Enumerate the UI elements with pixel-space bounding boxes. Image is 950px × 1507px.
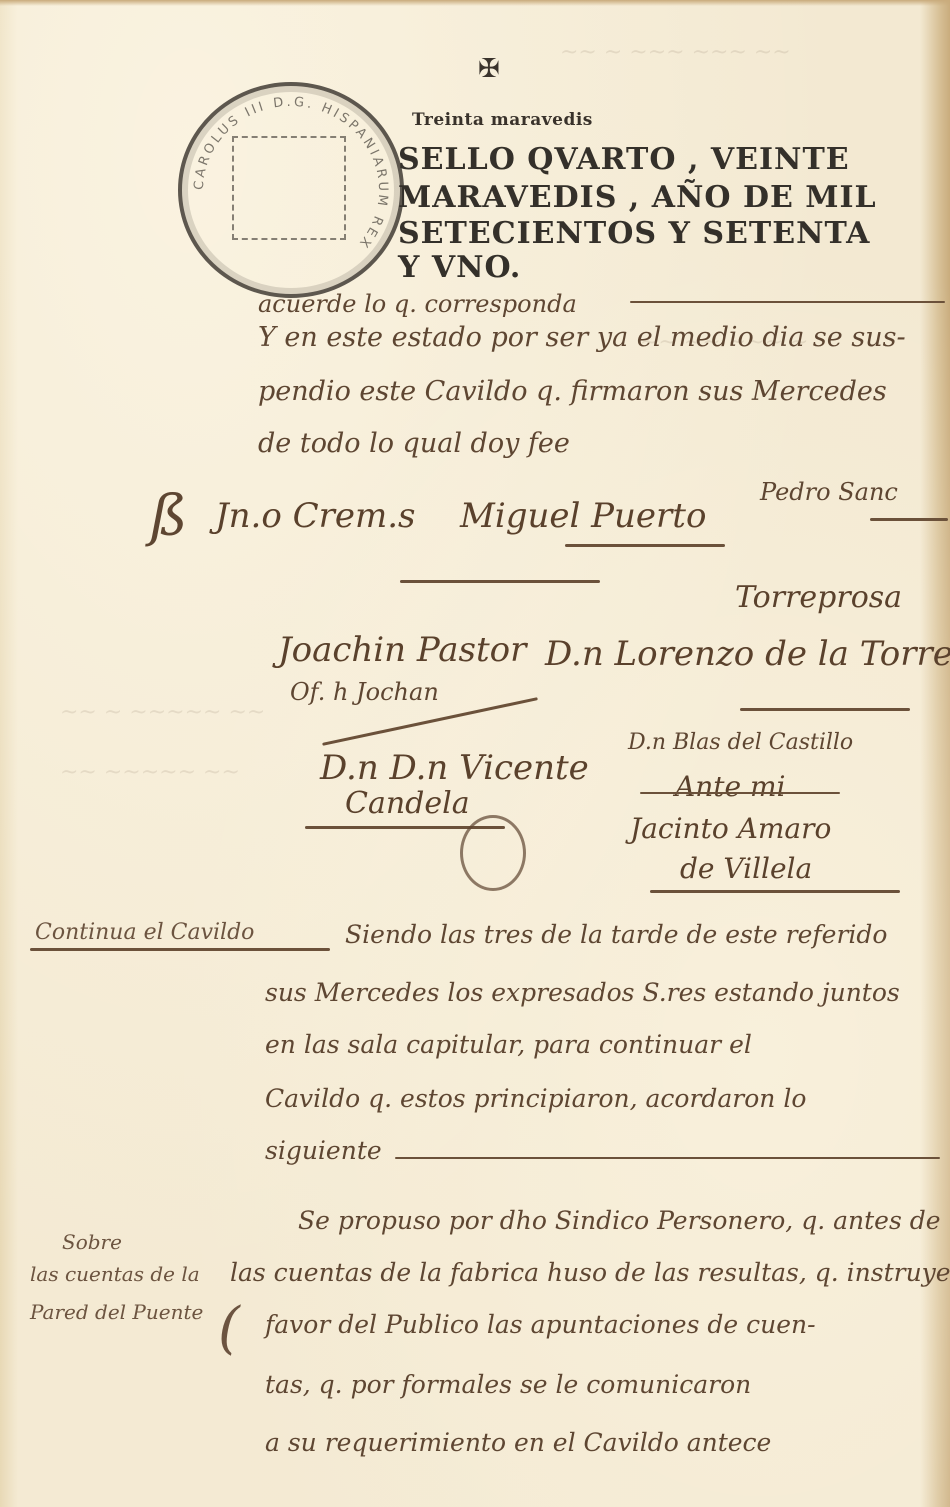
margin-note: Pared del Puente <box>30 1300 203 1324</box>
signature: Torreprosa <box>735 580 902 615</box>
text-line: en las sala capitular, para continuar el <box>265 1030 752 1059</box>
text-line: sus Mercedes los expresados S.res estand… <box>265 978 900 1007</box>
text-line: siguiente <box>265 1136 382 1165</box>
signature: D.n Blas del Castillo <box>628 730 853 755</box>
signature: de Villela <box>680 852 812 885</box>
signature: Of. h Jochan <box>290 678 439 706</box>
margin-heading: Continua el Cavildo <box>35 920 254 945</box>
margin-bracket-icon: ( <box>218 1296 240 1361</box>
signature-rule <box>640 792 840 794</box>
rubric-flourish-icon: ß <box>150 484 187 549</box>
signature-rule <box>400 580 600 583</box>
bleed-through-text: ~~ ~ ~~~~~ ~~ <box>60 700 265 725</box>
svg-text:CAROLUS III D.G. HISPANIARUM R: CAROLUS III D.G. HISPANIARUM REX <box>192 95 390 252</box>
page-top-edge <box>0 0 950 6</box>
text-line: a su requerimiento en el Cavildo antece <box>265 1428 771 1457</box>
signature-rule <box>870 518 948 521</box>
signature: Candela <box>345 786 470 821</box>
royal-seal-stamp: CAROLUS III D.G. HISPANIARUM REX <box>178 82 404 298</box>
signature-rule <box>650 890 900 893</box>
signature-rule <box>565 544 725 547</box>
line-filler-rule <box>630 301 945 303</box>
stamp-header-line-2: MARAVEDIS , AÑO DE MIL <box>398 182 877 214</box>
bleed-through-text: ~~ ~~~~~ ~~ <box>60 760 240 785</box>
signature: D.n D.n Vicente <box>320 748 589 788</box>
text-line: Y en este estado por ser ya el medio dia… <box>258 322 906 353</box>
text-line: tas, q. por formales se le comunicaron <box>265 1370 751 1399</box>
signature-rule <box>740 708 910 711</box>
seal-ring-icon: CAROLUS III D.G. HISPANIARUM REX <box>182 86 400 294</box>
text-line: Siendo las tres de la tarde de este refe… <box>345 920 887 949</box>
text-line: de todo lo qual doy fee <box>258 428 570 459</box>
text-line: acuerde lo q. corresponda <box>258 290 577 318</box>
bleed-through-text: ~~ ~ ~~~ ~~~ ~~ <box>560 40 791 65</box>
heading-underline <box>30 948 330 951</box>
stamp-header-line-1: SELLO QVARTO , VEINTE <box>398 144 850 176</box>
cross-icon: ✠ <box>478 54 500 84</box>
text-line: pendio este Cavildo q. firmaron sus Merc… <box>258 376 887 407</box>
notary-ante-mi: Ante mi <box>675 770 785 803</box>
signature: Joachin Pastor <box>278 630 526 670</box>
margin-note: Sobre <box>62 1230 122 1254</box>
signature: Jn.o Crem.s <box>215 496 416 536</box>
signature: Pedro Sanc <box>760 478 898 506</box>
signature: D.n Lorenzo de la Torre <box>545 634 950 674</box>
text-line: Cavildo q. estos principiaron, acordaron… <box>265 1084 806 1113</box>
line-filler-rule <box>395 1157 940 1159</box>
text-line: las cuentas de la fabrica huso de las re… <box>230 1258 950 1287</box>
margin-note: las cuentas de la <box>30 1262 200 1286</box>
stamp-price-text: Treinta maravedis <box>412 110 593 130</box>
stamp-header-line-4: Y VNO. <box>398 252 521 284</box>
text-line: favor del Publico las apuntaciones de cu… <box>265 1310 816 1339</box>
rubric-flourish-icon <box>460 815 526 891</box>
signature: Jacinto Amaro <box>630 812 831 845</box>
manuscript-page: ~~ ~ ~~~ ~~~ ~~ ~~ ~~ ~~~ ~ ~~ ~ ~~~~~ ~… <box>0 0 950 1507</box>
text-line: Se propuso por dho Sindico Personero, q.… <box>298 1206 941 1235</box>
signature: Miguel Puerto <box>460 496 706 536</box>
stamp-header-line-3: SETECIENTOS Y SETENTA <box>398 218 870 250</box>
